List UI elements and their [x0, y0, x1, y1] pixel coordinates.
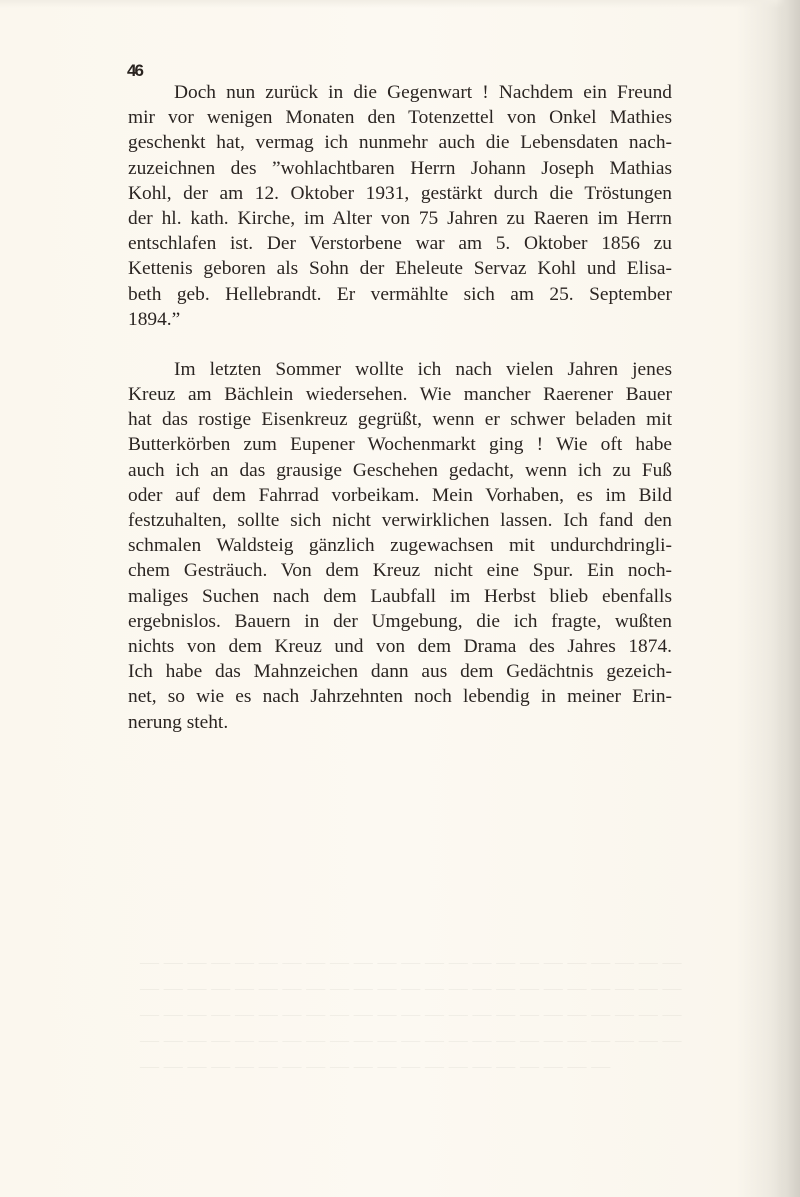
text-line: nerung steht.	[128, 710, 672, 735]
bleed-through-text: — — — — — — — — — — — — — — — — — — — — …	[140, 950, 682, 976]
bleed-through-text: — — — — — — — — — — — — — — — — — — — — …	[140, 1028, 682, 1054]
text-line: Kohl, der am 12. Oktober 1931, gestärkt …	[128, 181, 672, 206]
text-line: schmalen Waldsteig gänzlich zugewachsen …	[128, 533, 672, 558]
gutter-shadow	[776, 0, 800, 1197]
paragraph-gap	[128, 332, 672, 357]
page-number: 46	[127, 61, 142, 81]
text-line: Doch nun zurück in die Gegenwart ! Nachd…	[128, 80, 672, 105]
text-line: entschlafen ist. Der Verstorbene war am …	[128, 231, 672, 256]
paragraph-1: Doch nun zurück in die Gegenwart ! Nachd…	[128, 80, 672, 332]
text-line: geschenkt hat, vermag ich nunmehr auch d…	[128, 130, 672, 155]
text-line: chem Gesträuch. Von dem Kreuz nicht eine…	[128, 558, 672, 583]
paragraph-2: Im letzten Sommer wollte ich nach vielen…	[128, 357, 672, 735]
body-text: Doch nun zurück in die Gegenwart ! Nachd…	[128, 80, 672, 735]
text-line: mir vor wenigen Monaten den Totenzettel …	[128, 105, 672, 130]
text-line: ergebnislos. Bauern in der Umgebung, die…	[128, 609, 672, 634]
text-line: oder auf dem Fahrrad vorbeikam. Mein Vor…	[128, 483, 672, 508]
bleed-through-text: — — — — — — — — — — — — — — — — — — — — …	[140, 976, 682, 1002]
text-line: Butterkörben zum Eupener Wochenmarkt gin…	[128, 432, 672, 457]
text-line: festzuhalten, sollte sich nicht verwirkl…	[128, 508, 672, 533]
text-line: Ich habe das Mahnzeichen dann aus dem Ge…	[128, 659, 672, 684]
text-line: maliges Suchen nach dem Laubfall im Herb…	[128, 584, 672, 609]
text-line: net, so wie es nach Jahrzehnten noch leb…	[128, 684, 672, 709]
text-line: Kreuz am Bächlein wiedersehen. Wie manch…	[128, 382, 672, 407]
text-line: nichts von dem Kreuz und von dem Drama d…	[128, 634, 672, 659]
text-line: hat das rostige Eisenkreuz gegrüßt, wenn…	[128, 407, 672, 432]
bleed-through-text: — — — — — — — — — — — — — — — — — — — —	[140, 1054, 610, 1080]
page-top-edge	[0, 0, 800, 8]
text-line: beth geb. Hellebrandt. Er vermählte sich…	[128, 282, 672, 307]
text-line: der hl. kath. Kirche, im Alter von 75 Ja…	[128, 206, 672, 231]
text-line: zuzeichnen des ”wohlachtbaren Herrn Joha…	[128, 156, 672, 181]
text-line: Im letzten Sommer wollte ich nach vielen…	[128, 357, 672, 382]
text-line: auch ich an das grausige Geschehen gedac…	[128, 458, 672, 483]
text-line: 1894.”	[128, 307, 672, 332]
book-page: — — — — — — — — — — — — — — — — — — — — …	[0, 0, 800, 1197]
text-line: Kettenis geboren als Sohn der Eheleute S…	[128, 256, 672, 281]
bleed-through-text: — — — — — — — — — — — — — — — — — — — — …	[140, 1002, 682, 1028]
